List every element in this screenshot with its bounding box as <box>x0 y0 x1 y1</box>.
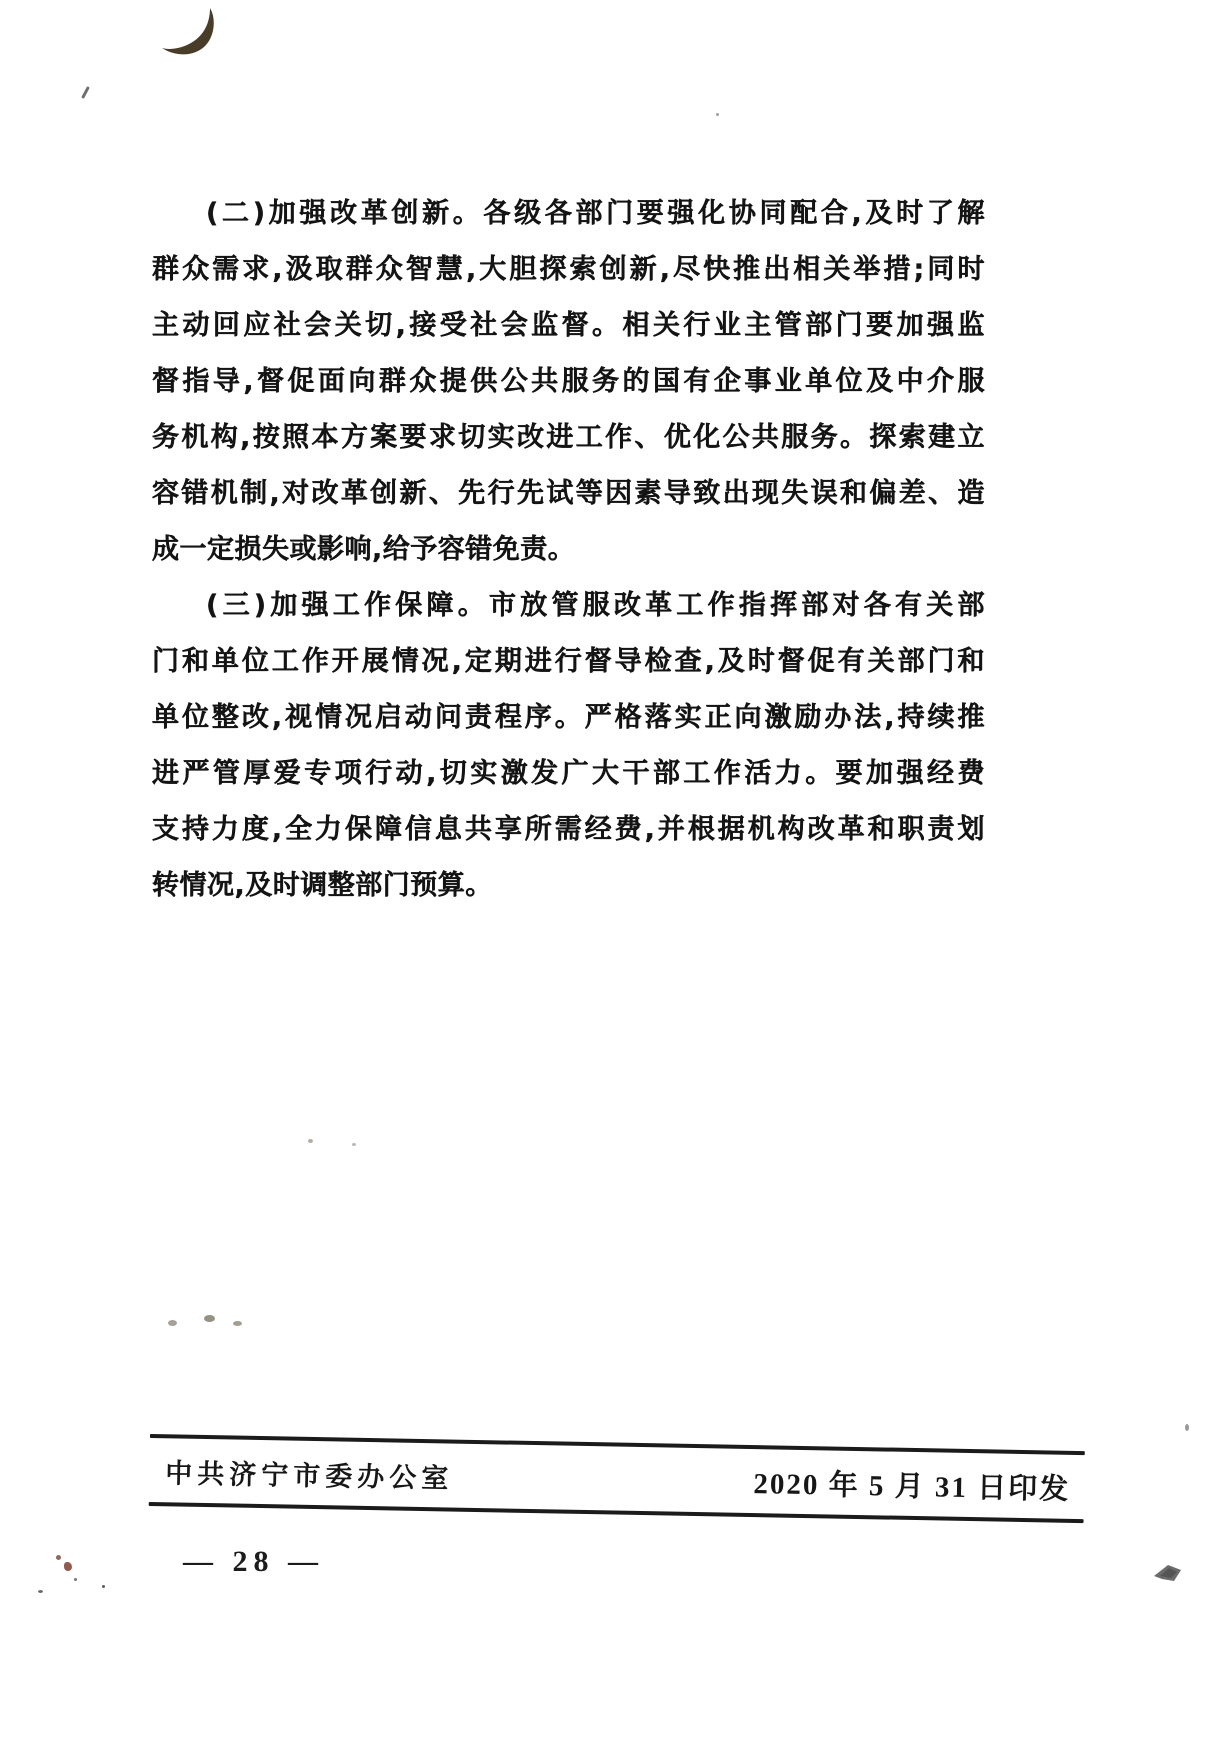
scan-speck <box>233 1321 242 1326</box>
text-line: 门和单位工作开展情况,定期进行督导检查,及时督促有关部门和 <box>152 634 985 690</box>
text-line: 成一定损失或影响,给予容错免责。 <box>152 522 985 578</box>
scan-speck <box>64 1562 72 1571</box>
text-line: 单位整改,视情况启动问责程序。严格落实正向激励办法,持续推 <box>152 690 985 746</box>
scan-speck <box>308 1139 313 1143</box>
scan-speck <box>56 1555 61 1560</box>
scan-speck <box>81 86 90 99</box>
scan-speck <box>102 1585 105 1588</box>
scan-speck <box>168 1320 177 1326</box>
text-line: 进严管厚爱专项行动,切实激发广大干部工作活力。要加强经费 <box>152 746 985 802</box>
text-line: 务机构,按照本方案要求切实改进工作、优化公共服务。探索建立 <box>152 410 985 466</box>
text-line: 支持力度,全力保障信息共享所需经费,并根据机构改革和职责划 <box>152 802 985 858</box>
text-line: (三)加强工作保障。市放管服改革工作指挥部对各有关部 <box>152 578 985 634</box>
scan-speck <box>716 113 719 116</box>
text-line: 群众需求,汲取群众智慧,大胆探索创新,尽快推出相关举措;同时 <box>152 242 985 298</box>
text-line: 转情况,及时调整部门预算。 <box>152 858 985 914</box>
scan-speck <box>204 1315 215 1322</box>
scan-speck <box>1185 1424 1189 1431</box>
text-line: (二)加强改革创新。各级各部门要强化协同配合,及时了解 <box>152 186 985 242</box>
document-page: (二)加强改革创新。各级各部门要强化协同配合,及时了解 群众需求,汲取群众智慧,… <box>0 0 1224 1740</box>
scan-speck <box>352 1143 356 1146</box>
scan-speck <box>38 1590 43 1593</box>
text-line: 容错机制,对改革创新、先行先试等因素导致出现失误和偏差、造 <box>152 466 985 522</box>
document-body: (二)加强改革创新。各级各部门要强化协同配合,及时了解 群众需求,汲取群众智慧,… <box>152 186 985 914</box>
scan-smudge-crescent-icon <box>158 6 228 66</box>
print-date: 2020 年 5 月 31 日印发 <box>753 1461 1070 1508</box>
colophon: 中共济宁市委办公室 2020 年 5 月 31 日印发 <box>149 1434 1085 1523</box>
issuing-office: 中共济宁市委办公室 <box>165 1451 454 1495</box>
text-line: 主动回应社会关切,接受社会监督。相关行业主管部门要加强监 <box>152 298 985 354</box>
text-line: 督指导,督促面向群众提供公共服务的国有企事业单位及中介服 <box>152 354 985 410</box>
page-number: — 28 — <box>183 1545 324 1579</box>
scan-speck <box>74 1578 77 1581</box>
scan-smudge-blob-icon <box>1152 1562 1186 1586</box>
